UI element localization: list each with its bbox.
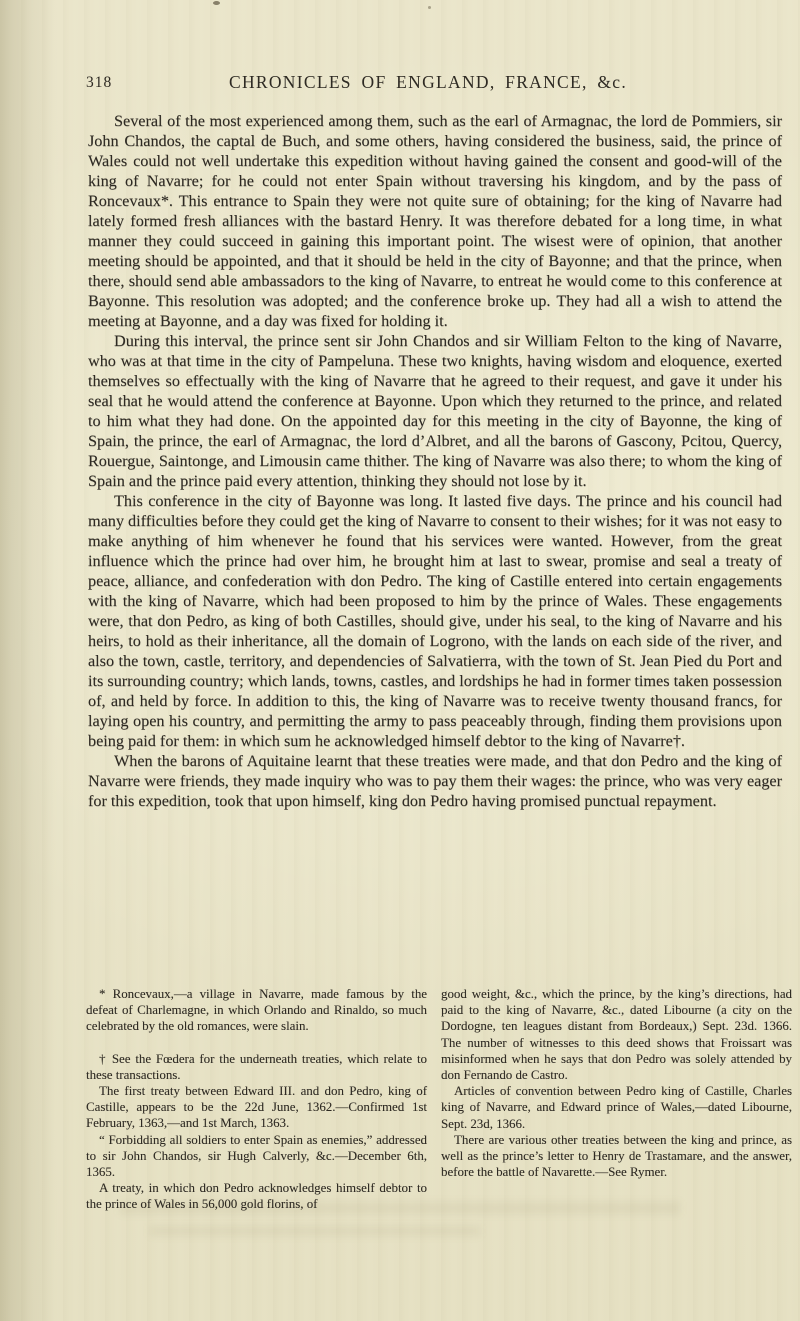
footnote-dagger: † See the Fœdera for the underneath trea… [86,1051,427,1083]
page-edge-shadow [0,0,58,1321]
footnotes-right-column: good weight, &c., which the prince, by t… [441,986,792,1180]
footnote-continuation: good weight, &c., which the prince, by t… [441,986,792,1083]
body-paragraph: Several of the most experienced among th… [88,111,782,331]
footnote-paragraph: A treaty, in which don Pedro acknowledge… [86,1180,427,1212]
running-header: 318 CHRONICLES OF ENGLAND, FRANCE, &c. [0,72,800,96]
ink-speck [213,1,220,5]
book-page-scan: 318 CHRONICLES OF ENGLAND, FRANCE, &c. S… [0,0,800,1321]
footnote-paragraph: There are various other treaties between… [441,1132,792,1181]
footnotes-left-column: * Roncevaux,—a village in Navarre, made … [86,986,427,1213]
footnote-paragraph: “ Forbidding all soldiers to enter Spain… [86,1132,427,1181]
body-paragraph: When the barons of Aquitaine learnt that… [88,751,782,811]
body-paragraph: This conference in the city of Bayonne w… [88,491,782,751]
body-paragraph: During this interval, the prince sent si… [88,331,782,491]
body-text: Several of the most experienced among th… [88,111,782,811]
footnote-paragraph: The first treaty between Edward III. and… [86,1083,427,1132]
footnote-asterisk: * Roncevaux,—a village in Navarre, made … [86,986,427,1035]
footnote-paragraph: Articles of convention between Pedro kin… [441,1083,792,1132]
ink-speck [428,6,431,9]
show-through-text [150,1226,480,1236]
page-title: CHRONICLES OF ENGLAND, FRANCE, &c. [56,72,800,93]
